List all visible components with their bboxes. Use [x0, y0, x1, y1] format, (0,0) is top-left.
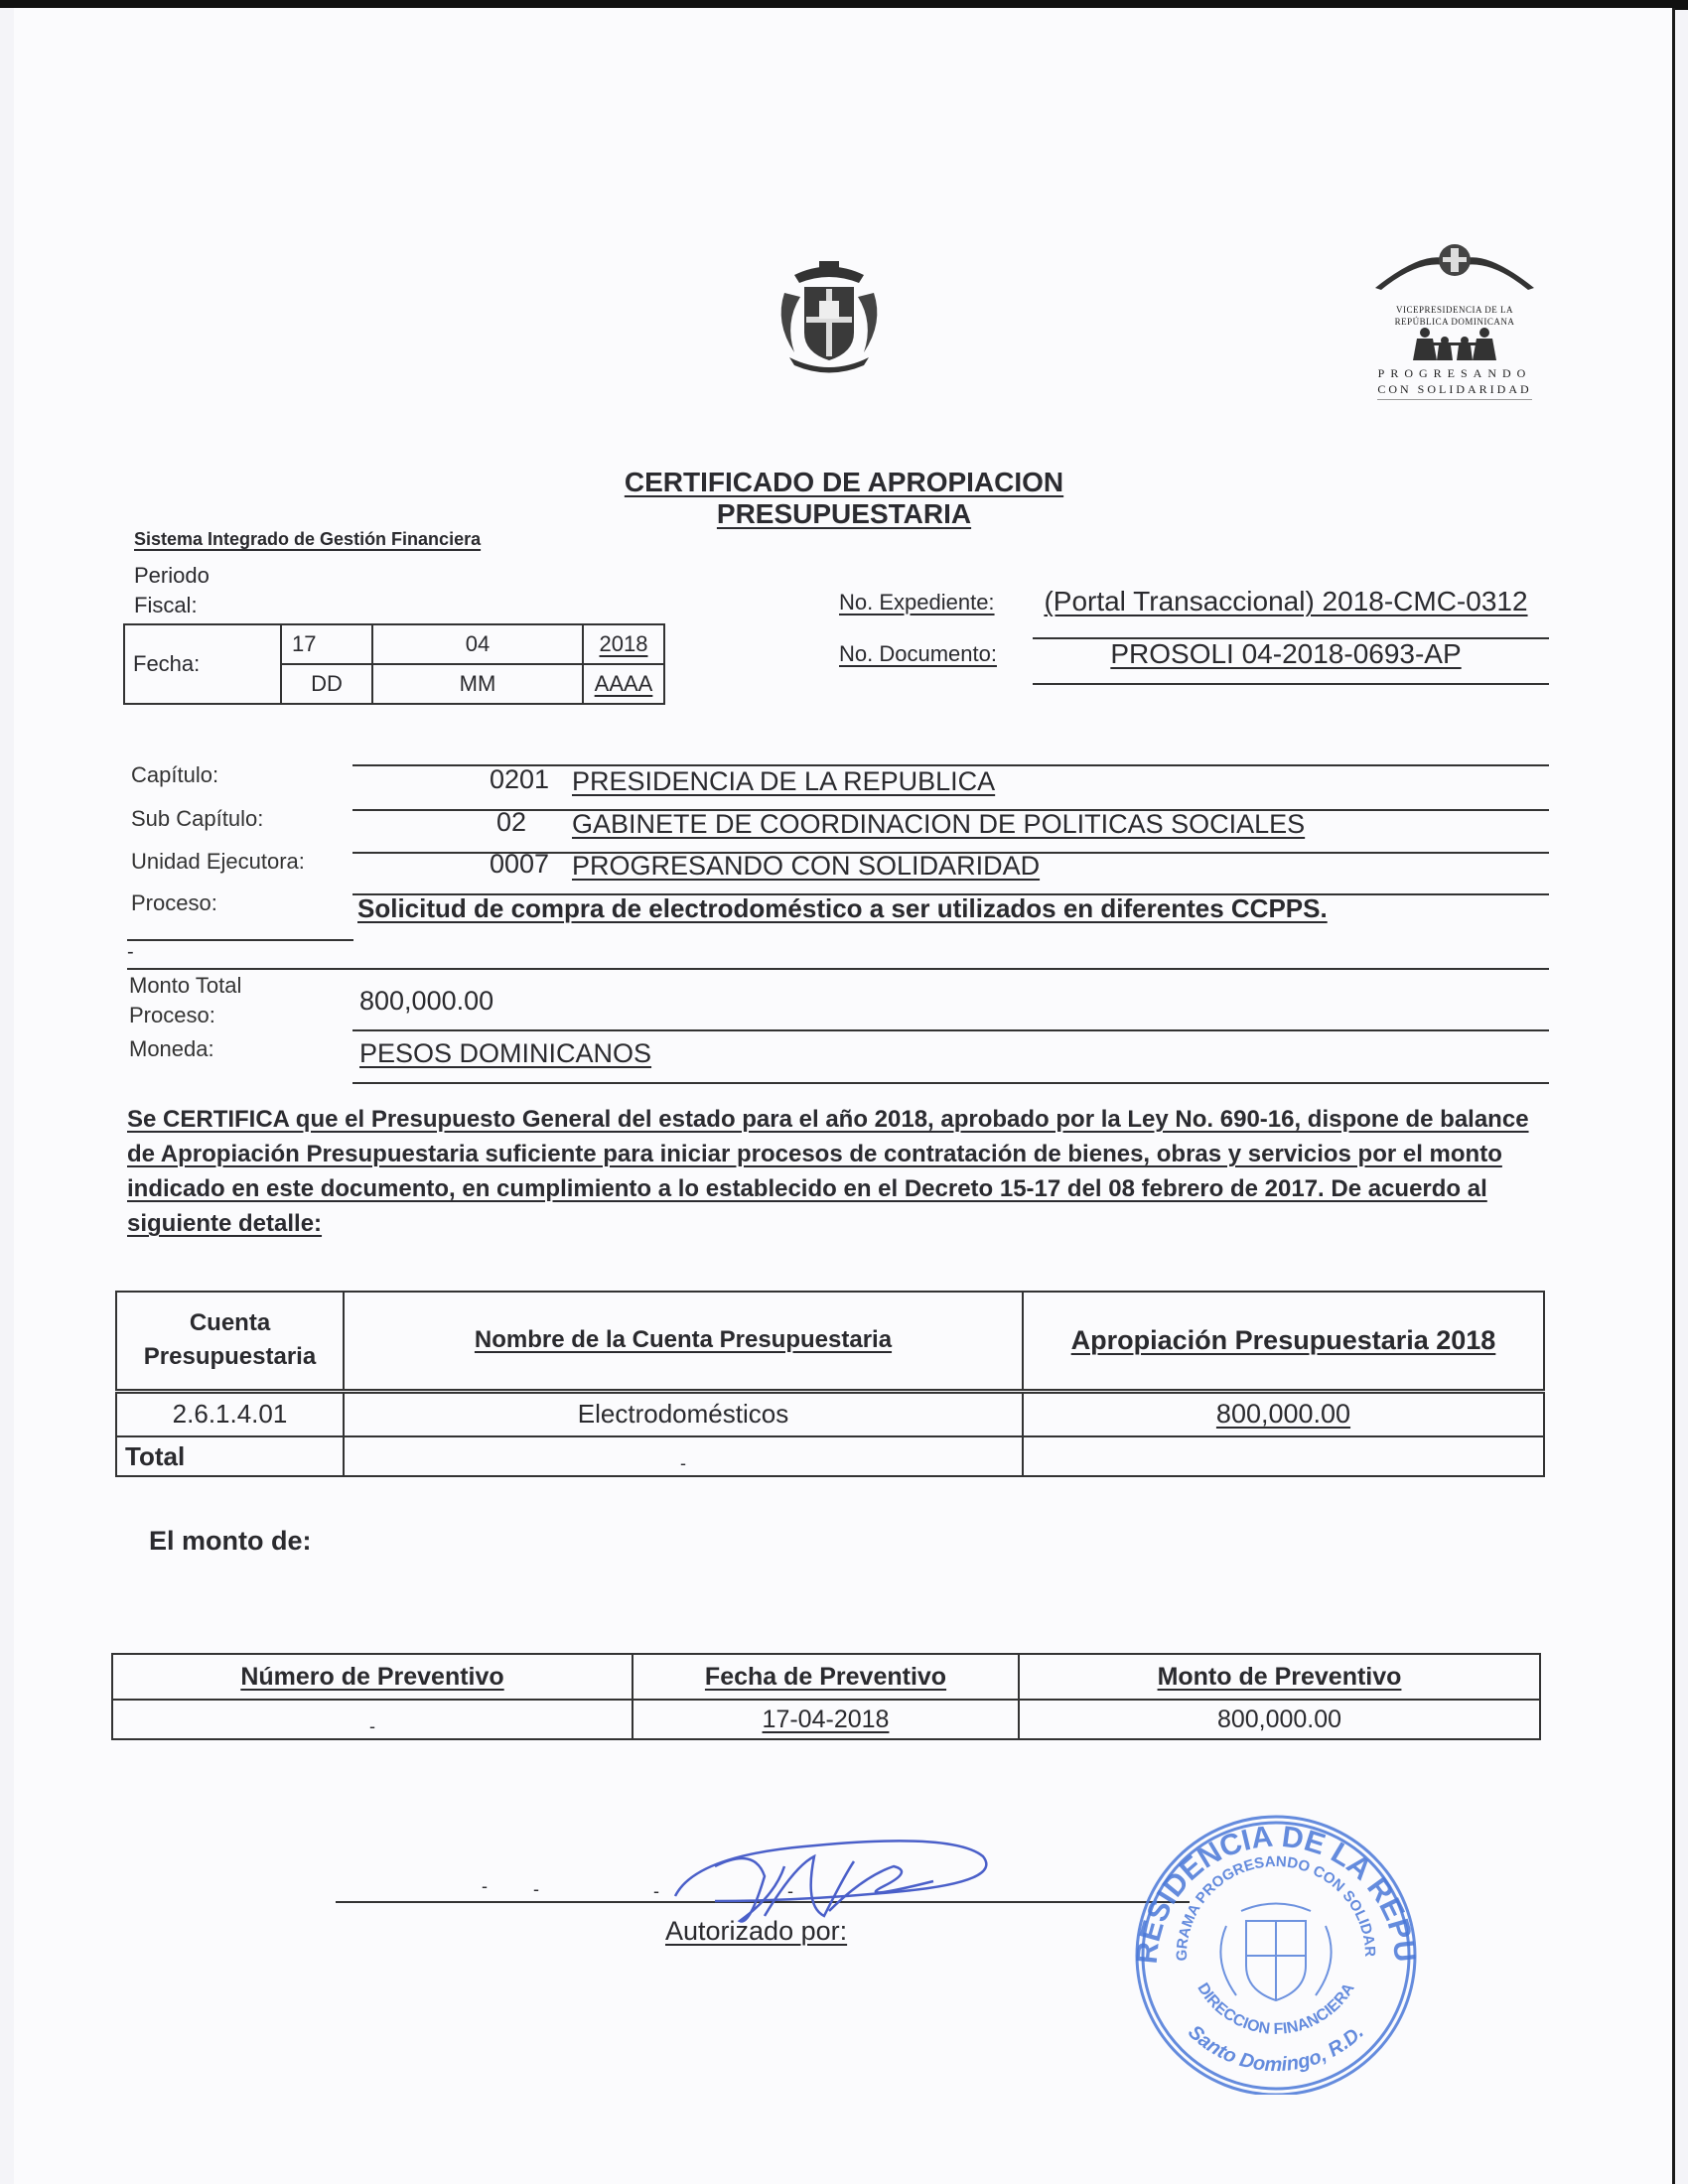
- expediente-label: No. Expediente:: [839, 590, 995, 615]
- dash-mark: -: [533, 1879, 539, 1900]
- fecha-mm: 04: [372, 624, 583, 664]
- proceso-label: Proceso:: [131, 890, 217, 916]
- header-cuenta: Cuenta Presupuestaria: [116, 1292, 344, 1391]
- cuenta-cell: 2.6.1.4.01: [116, 1391, 344, 1436]
- sistema-label: Sistema Integrado de Gestión Financiera: [134, 529, 481, 550]
- monto-cell: 800,000.00: [1023, 1391, 1544, 1436]
- scan-top-edge: [0, 0, 1688, 8]
- fecha-mm-label: MM: [372, 664, 583, 704]
- moneda-label: Moneda:: [129, 1036, 214, 1062]
- unidad-ejecutora-label: Unidad Ejecutora:: [131, 849, 305, 875]
- monto-preventivo: 800,000.00: [1019, 1700, 1540, 1739]
- moneda-value: PESOS DOMINICANOS: [359, 1038, 651, 1069]
- detail-table: Cuenta Presupuestaria Nombre de la Cuent…: [115, 1291, 1545, 1477]
- expediente-value: (Portal Transaccional) 2018-CMC-0312: [1038, 586, 1534, 617]
- fecha-table: Fecha: 17 04 2018 DD MM AAAA: [123, 623, 665, 705]
- monto-total-label-line2: Proceso:: [129, 1001, 241, 1030]
- certification-line: siguiente detalle:: [127, 1206, 1557, 1241]
- sub-capitulo-label: Sub Capítulo:: [131, 806, 263, 832]
- certification-line: Se CERTIFICA que el Presupuesto General …: [127, 1102, 1557, 1137]
- total-label: Total: [116, 1436, 344, 1476]
- numero-preventivo: -: [112, 1700, 633, 1739]
- fecha-aaaa: 2018: [583, 624, 664, 664]
- certification-line: indicado en este documento, en cumplimie…: [127, 1171, 1557, 1206]
- proceso-value: Solicitud de compra de electrodoméstico …: [357, 893, 1328, 924]
- divider: [352, 1029, 1549, 1031]
- preventivo-table: Número de Preventivo Fecha de Preventivo…: [111, 1653, 1541, 1740]
- unidad-ejecutora-value: PROGRESANDO CON SOLIDARIDAD: [572, 851, 1040, 882]
- fecha-preventivo: 17-04-2018: [633, 1700, 1019, 1739]
- documento-value: PROSOLI 04-2018-0693-AP: [1038, 638, 1534, 670]
- header-numero-preventivo: Número de Preventivo: [112, 1654, 633, 1700]
- logo-text-line2: REPÚBLICA DOMINICANA: [1360, 317, 1549, 327]
- logo-text-line3: PROGRESANDO: [1360, 367, 1549, 380]
- monto-total-value: 800,000.00: [359, 986, 493, 1017]
- official-stamp-icon: VICEPRESIDENCIA DE LA REPUBLICA PROGRAMA…: [1117, 1797, 1435, 2095]
- nombre-cell: Electrodomésticos: [344, 1391, 1023, 1436]
- periodo-label-line2: Fiscal:: [134, 591, 210, 620]
- progresando-con-solidaridad-logo: VICEPRESIDENCIA DE LA REPÚBLICA DOMINICA…: [1360, 238, 1549, 387]
- logo-text-line4: CON SOLIDARIDAD: [1377, 383, 1531, 400]
- sub-capitulo-code: 02: [496, 807, 526, 838]
- table-row: - 17-04-2018 800,000.00: [112, 1700, 1540, 1739]
- divider: [352, 1082, 1549, 1084]
- logo-text-line1: VICEPRESIDENCIA DE LA: [1360, 305, 1549, 315]
- documento-label: No. Documento:: [839, 641, 997, 667]
- table-row: 2.6.1.4.01 Electrodomésticos 800,000.00: [116, 1391, 1544, 1436]
- certification-line: de Apropiación Presupuestaria suficiente…: [127, 1137, 1557, 1171]
- capitulo-value: PRESIDENCIA DE LA REPUBLICA: [572, 766, 995, 797]
- dash-mark: -: [127, 941, 134, 964]
- monto-total-label-line1: Monto Total: [129, 971, 241, 1001]
- divider: [1033, 683, 1549, 685]
- periodo-fiscal-label: Periodo Fiscal:: [134, 561, 210, 620]
- divider: [127, 968, 1549, 970]
- header-apropiacion: Apropiación Presupuestaria 2018: [1023, 1292, 1544, 1391]
- total-row: Total -: [116, 1436, 1544, 1476]
- capitulo-label: Capítulo:: [131, 762, 218, 788]
- unidad-ejecutora-code: 0007: [490, 849, 549, 880]
- capitulo-code: 0201: [490, 764, 549, 795]
- sub-capitulo-value: GABINETE DE COORDINACION DE POLITICAS SO…: [572, 809, 1305, 840]
- fecha-aaaa-label: AAAA: [583, 664, 664, 704]
- fecha-dd: 17: [281, 624, 372, 664]
- fecha-dd-label: DD: [281, 664, 372, 704]
- fecha-label: Fecha:: [124, 624, 281, 704]
- divider: [127, 939, 353, 941]
- dash-mark: -: [482, 1876, 488, 1897]
- header-fecha-preventivo: Fecha de Preventivo: [633, 1654, 1019, 1700]
- monto-total-label: Monto Total Proceso:: [129, 971, 241, 1030]
- total-nombre: -: [344, 1436, 1023, 1476]
- header-nombre: Nombre de la Cuenta Presupuestaria: [344, 1292, 1023, 1391]
- periodo-label-line1: Periodo: [134, 561, 210, 591]
- header-monto-preventivo: Monto de Preventivo: [1019, 1654, 1540, 1700]
- certification-paragraph: Se CERTIFICA que el Presupuesto General …: [127, 1102, 1557, 1241]
- monto-de-label: El monto de:: [149, 1526, 312, 1557]
- total-monto: [1023, 1436, 1544, 1476]
- autorizado-por-label: Autorizado por:: [665, 1916, 847, 1947]
- coat-of-arms-icon: [765, 253, 894, 382]
- family-figures-icon: [1405, 327, 1504, 362]
- document-title: CERTIFICADO DE APROPIACION PRESUPUESTARI…: [496, 467, 1192, 530]
- vicepresidencia-emblem-icon: [1365, 238, 1544, 298]
